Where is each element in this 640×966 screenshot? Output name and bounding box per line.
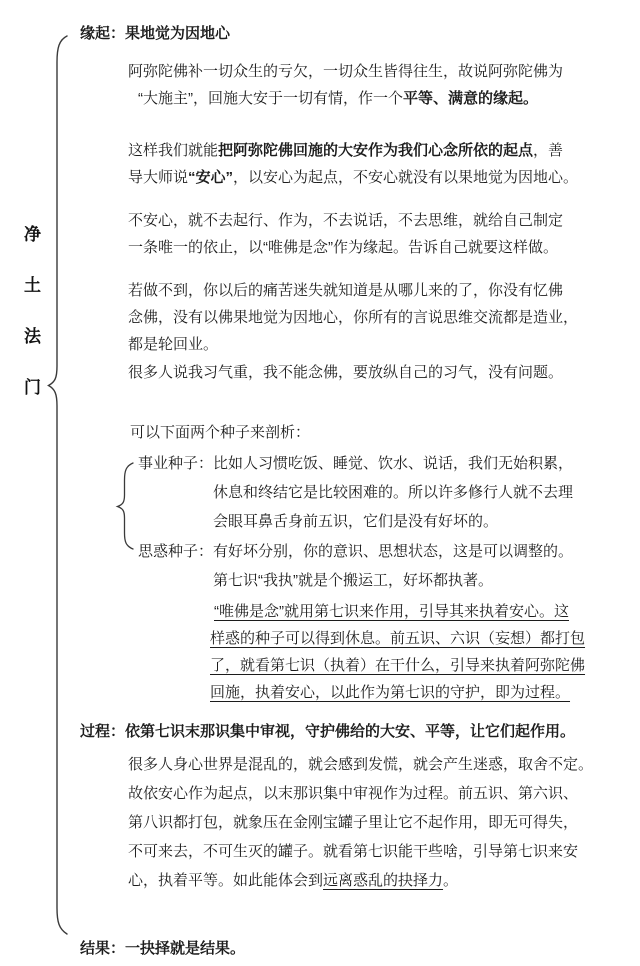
text-segment: 很多人说我习气重，我不能念佛，要放纵自己的习气，没有问题。 [128,364,563,381]
text-segment: 心，执着平等。如此能体会到 [128,872,323,889]
text-line: 样惑的种子可以得到休息。前五识、六识（妄想）都打包 [210,625,585,652]
text-line: 都是轮回业。 [128,331,578,358]
text-segment: 不安心，就不去起行、作为，不去说话，不去思维，就给自己制定 [128,212,563,229]
text-segment-bold: 把阿弥陀佛回施的大安作为我们心念所依的起点 [218,142,533,159]
text-segment: 事业种子： [138,455,213,472]
main-brace [49,36,68,934]
text-line: 念佛，没有以佛果地觉为因地心，你所有的言说思维交流都是造业， [128,304,578,331]
text-segment: 导大师说 [128,169,188,186]
text-segment: 有好坏分别，你的意识、思想状态，这是可以调整的。 [213,543,573,560]
vertical-title: 净 土 法 门 [24,220,41,398]
seeds-intro: 可以下面两个种子来剖析： [130,419,310,446]
text-line: 很多人说我习气重，我不能念佛，要放纵自己的习气，没有问题。 [128,359,563,386]
text-segment: 可以下面两个种子来剖析： [130,424,310,441]
seed-delusion-label: 思惑种子： [138,537,213,566]
text-segment: 休息和终结它是比较困难的。所以许多修行人就不去理 [213,484,573,501]
paragraph-5: 很多人说我习气重，我不能念佛，要放纵自己的习气，没有问题。 [128,359,563,386]
seed-career-text: 比如人习惯吃饭、睡觉、饮水、说话，我们无始积累， 休息和终结它是比较困难的。所以… [213,449,573,536]
text-segment: ，善 [533,142,563,159]
text-segment: 。 [443,872,458,889]
document-page: 净 土 法 门 缘起：果地觉为因地心 阿弥陀佛补一切众生的亏欠，一切众生皆得往生… [0,0,640,966]
text-segment: 思惑种子： [138,543,213,560]
process-body: 很多人身心世界是混乱的，就会感到发慌，就会产生迷惑，取舍不定。 故依安心作为起点… [128,750,593,895]
paragraph-2: 这样我们就能把阿弥陀佛回施的大安作为我们心念所依的起点，善 导大师说“安心”，以… [128,137,578,191]
text-line: “唯佛是念”就用第七识来作用，引导其来执着安心。这 [210,598,585,625]
text-line: 心，执着平等。如此能体会到远离惑乱的抉择力。 [128,866,593,895]
text-segment: “大施主”，回施大安于一切有情，作一个 [138,90,403,107]
text-line: 休息和终结它是比较困难的。所以许多修行人就不去理 [213,478,573,507]
seeds-brace [118,463,134,549]
text-segment: 第八识都打包，就象压在金刚宝罐子里让它不起作用，即无可得失， [128,814,578,831]
text-line: 第八识都打包，就象压在金刚宝罐子里让它不起作用，即无可得失， [128,808,593,837]
text-segment: 一条唯一的依止，以“唯佛是念”作为缘起。告诉自己就要这样做。 [128,239,558,256]
text-line: 有好坏分别，你的意识、思想状态，这是可以调整的。 [213,537,573,566]
text-segment: 念佛，没有以佛果地觉为因地心，你所有的言说思维交流都是造业， [128,309,578,326]
text-segment: 很多人身心世界是混乱的，就会感到发慌，就会产生迷惑，取舍不定。 [128,756,593,773]
text-line: 一条唯一的依止，以“唯佛是念”作为缘起。告诉自己就要这样做。 [128,234,563,261]
text-line: “大施主”，回施大安于一切有情，作一个平等、满意的缘起。 [128,85,563,112]
section-origin-heading: 缘起：果地觉为因地心 [80,22,230,43]
text-line: 故依安心作为起点，以末那识集中审视作为过程。前五识、第六识、 [128,779,593,808]
vertical-title-char: 土 [24,271,41,296]
text-segment-underlined: 远离惑乱的抉择力 [323,872,443,889]
paragraph-4: 若做不到，你以后的痛苦迷失就知道是从哪儿来的了，你没有忆佛 念佛，没有以佛果地觉… [128,277,578,358]
paragraph-1: 阿弥陀佛补一切众生的亏欠，一切众生皆得往生，故说阿弥陀佛为 “大施主”，回施大安… [128,58,563,112]
text-line: 很多人身心世界是混乱的，就会感到发慌，就会产生迷惑，取舍不定。 [128,750,593,779]
underlined-note: “唯佛是念”就用第七识来作用，引导其来执着安心。这 样惑的种子可以得到休息。前五… [210,598,585,706]
vertical-title-char: 法 [24,322,41,347]
origin-label: 缘起： [80,25,125,42]
text-segment: 了，就看第七识（执着）在干什么，引导来执着阿弥陀佛 [210,657,585,674]
text-line: 比如人习惯吃饭、睡觉、饮水、说话，我们无始积累， [213,449,573,478]
section-result-heading: 结果：一抉择就是结果。 [80,937,245,958]
text-segment: 阿弥陀佛补一切众生的亏欠，一切众生皆得往生，故说阿弥陀佛为 [128,63,563,80]
seed-career-label: 事业种子： [138,449,213,478]
text-line: 事业种子： [138,449,213,478]
text-line: 不可来去，不可生灭的罐子。就看第七识能干些啥，引导第七识来安 [128,837,593,866]
text-segment: 若做不到，你以后的痛苦迷失就知道是从哪儿来的了，你没有忆佛 [128,282,563,299]
text-segment: 故依安心作为起点，以末那识集中审视作为过程。前五识、第六识、 [128,785,578,802]
text-segment: 不可来去，不可生灭的罐子。就看第七识能干些啥，引导第七识来安 [128,843,578,860]
text-segment-bold: 平等、满意的缘起。 [403,90,538,107]
origin-heading-text: 果地觉为因地心 [125,25,230,42]
text-segment: 比如人习惯吃饭、睡觉、饮水、说话，我们无始积累， [213,455,573,472]
vertical-title-char: 门 [24,373,41,398]
process-label: 过程： [80,723,125,740]
text-segment: 这样我们就能 [128,142,218,159]
text-line: 第七识“我执”就是个搬运工，好坏都执著。 [213,566,573,595]
paragraph-3: 不安心，就不去起行、作为，不去说话，不去思维，就给自己制定 一条唯一的依止，以“… [128,207,563,261]
vertical-title-char: 净 [24,220,41,245]
text-line: 导大师说“安心”，以安心为起点，不安心就没有以果地觉为因地心。 [128,164,578,191]
text-line: 若做不到，你以后的痛苦迷失就知道是从哪儿来的了，你没有忆佛 [128,277,578,304]
section-process-heading: 过程：依第七识末那识集中审视，守护佛给的大安、平等，让它们起作用。 [80,720,575,741]
text-line: 回施，执着安心，以此作为第七识的守护，即为过程。 [210,679,585,706]
text-line: 阿弥陀佛补一切众生的亏欠，一切众生皆得往生，故说阿弥陀佛为 [128,58,563,85]
text-segment: 样惑的种子可以得到休息。前五识、六识（妄想）都打包 [210,630,585,647]
text-segment-bold: “安心” [188,169,233,186]
text-segment: 第七识“我执”就是个搬运工，好坏都执著。 [213,572,493,589]
text-segment: 会眼耳鼻舌身前五识，它们是没有好坏的。 [213,513,498,530]
text-segment: 都是轮回业。 [128,336,218,353]
text-line: 这样我们就能把阿弥陀佛回施的大安作为我们心念所依的起点，善 [128,137,578,164]
text-segment: 回施，执着安心，以此作为第七识的守护，即为过程。 [210,684,570,701]
process-heading-text: 依第七识末那识集中审视，守护佛给的大安、平等，让它们起作用。 [125,723,575,740]
text-line: 会眼耳鼻舌身前五识，它们是没有好坏的。 [213,507,573,536]
text-segment: ，以安心为起点，不安心就没有以果地觉为因地心。 [233,169,578,186]
text-line: 了，就看第七识（执着）在干什么，引导来执着阿弥陀佛 [210,652,585,679]
result-label: 结果： [80,940,125,957]
text-segment: “唯佛是念”就用第七识来作用，引导其来执着安心。这 [214,603,569,620]
seed-delusion-text: 有好坏分别，你的意识、思想状态，这是可以调整的。 第七识“我执”就是个搬运工，好… [213,537,573,595]
text-line: 可以下面两个种子来剖析： [130,419,310,446]
text-line: 思惑种子： [138,537,213,566]
result-heading-text: 一抉择就是结果。 [125,940,245,957]
text-line: 不安心，就不去起行、作为，不去说话，不去思维，就给自己制定 [128,207,563,234]
